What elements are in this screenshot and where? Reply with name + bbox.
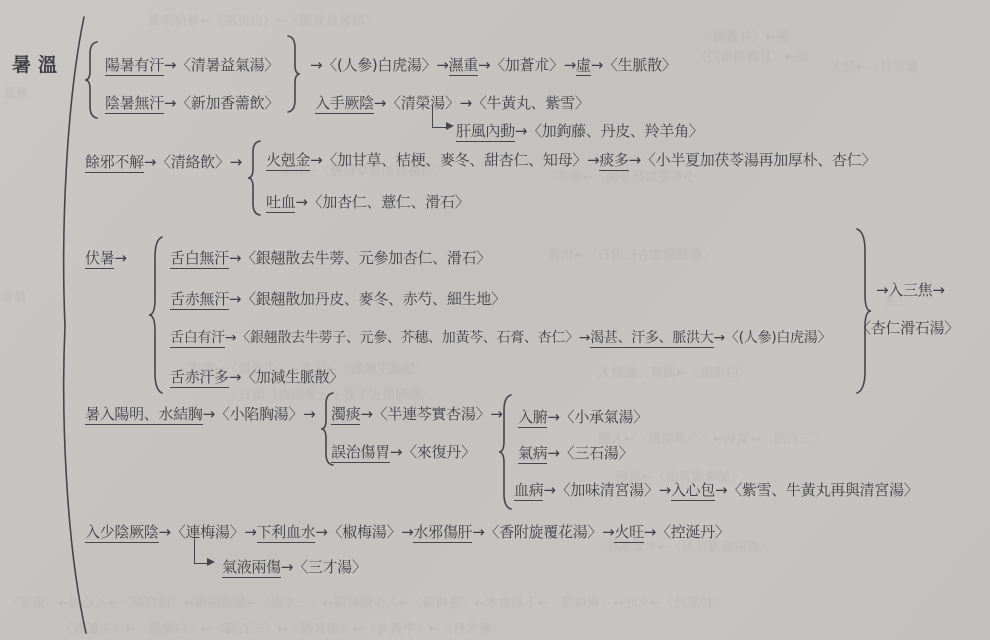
condition-term: 伏暑 bbox=[85, 249, 114, 269]
condition-term: 火旺 bbox=[614, 523, 643, 543]
condition-term: 入手厥陰 bbox=[315, 94, 374, 114]
summer-yangming-line: 暑入陽明、水結胸→〈小陷胸湯〉→ bbox=[85, 404, 315, 424]
root-node-label: 暑溫 bbox=[12, 50, 64, 77]
condition-term: 餘邪不解 bbox=[85, 153, 144, 173]
flow-text: →〈銀翹散去牛蒡、元參加杏仁、滑石〉 bbox=[229, 249, 491, 267]
bleedthrough-text: 濕→〈甘露湯〉 bbox=[700, 26, 789, 45]
tongue-white-no-sweat-line: 舌白無汗→〈銀翹散去牛蒡、元參加杏仁、滑石〉 bbox=[170, 248, 491, 268]
enter-sanjiao-line: →入三焦→ bbox=[876, 280, 945, 300]
flow-text: →〈小承氣湯〉 bbox=[547, 408, 647, 426]
bleedthrough-text: 〈銀翹散加杏仁滑石〉→伏暑 bbox=[548, 244, 715, 263]
condition-term: 誤治傷胃 bbox=[331, 443, 390, 463]
flow-text: →〈加減生脈散〉 bbox=[229, 368, 344, 386]
hand-jueyin-line: 入手厥陰→〈清榮湯〉→〈牛黃丸、紫雪〉 bbox=[315, 93, 589, 113]
bleedthrough-text: 暑溫 bbox=[4, 84, 28, 101]
flow-text: →〈控涎丹〉 bbox=[644, 523, 730, 541]
condition-term: 火剋金 bbox=[266, 151, 310, 171]
yin-summer-no-sweat-line: 陰暑無汗→〈新加香薷飲〉 bbox=[105, 93, 279, 113]
flow-text: 〈杏仁滑石湯〉 bbox=[856, 319, 959, 337]
baihu-decoction-line: →〈(人參)白虎湯〉→濕重→〈加蒼朮〉→虛→〈生脈散〉 bbox=[310, 55, 676, 75]
yang-summer-sweat-line: 陽暑有汗→〈清暑益氣湯〉 bbox=[105, 55, 279, 75]
flow-text: →〈清榮湯〉→〈牛黃丸、紫雪〉 bbox=[374, 94, 590, 112]
flow-text: →〈加鉤藤、丹皮、羚羊角〉 bbox=[515, 122, 704, 140]
condition-term: 濁痰 bbox=[331, 405, 360, 425]
flow-text: →〈清暑益氣湯〉 bbox=[164, 56, 279, 74]
condition-term: 痰多 bbox=[599, 151, 628, 171]
qi-fluid-injury-line: 氣液兩傷→〈三才湯〉 bbox=[222, 557, 367, 577]
mistreatment-stomach-line: 誤治傷胃→〈來復丹〉 bbox=[331, 442, 476, 462]
flow-text: →〈加杏仁、薏仁、滑石〉 bbox=[295, 193, 469, 211]
condition-term: 陰暑無汗 bbox=[105, 94, 164, 114]
condition-term: 入心包 bbox=[671, 481, 715, 501]
brace-fushu-close bbox=[853, 227, 873, 395]
condition-term: 虛 bbox=[576, 56, 591, 76]
tongue-red-no-sweat-line: 舌赤無汗→〈銀翹散加丹皮、麥冬、赤芍、細生地〉 bbox=[170, 289, 506, 309]
condition-term: 暑入陽明、水結胸 bbox=[85, 405, 203, 425]
flow-text: →〈三才湯〉 bbox=[281, 558, 367, 576]
condition-term: 血病 bbox=[514, 481, 543, 501]
residual-evil-line: 餘邪不解→〈清絡飲〉→ bbox=[85, 152, 242, 172]
diagram-canvas: 〈清暑益氣湯〉→〈白虎湯〉→暑傷津氣濕→〈甘露湯〉濕→〈甘露消毒丹〉〈紫雪丹〉→… bbox=[0, 0, 990, 640]
flow-text: →〈半連芩實杏湯〉→ bbox=[360, 405, 502, 423]
qi-disease-line: 氣病→〈三石湯〉 bbox=[518, 443, 633, 463]
flow-text: →〈(人參)白虎湯〉→ bbox=[310, 56, 449, 74]
flow-text: →〈香附旋覆花湯〉→ bbox=[472, 523, 614, 541]
condition-term: 濕重 bbox=[449, 56, 478, 76]
condition-term: 氣液兩傷 bbox=[222, 558, 281, 578]
condition-term: 入少陰厥陰 bbox=[85, 523, 159, 543]
tongue-white-with-sweat-line: 舌白有汗→〈銀翹散去牛蒡子、元參、芥穗、加黃芩、石膏、杏仁〉→渴甚、汗多、脈洪大… bbox=[170, 328, 831, 348]
condition-term: 肝風內動 bbox=[456, 122, 515, 142]
condition-term: 吐血 bbox=[266, 193, 295, 213]
flow-text: → bbox=[114, 249, 126, 267]
bleedthrough-text: 〈控涎丹〉→火旺→〈椒梅湯〉→下利血水→〈連梅湯〉→入少陰厥陰→〈三才湯〉→氣液… bbox=[6, 592, 726, 611]
tongue-red-much-sweat-line: 舌赤汗多→〈加減生脈散〉 bbox=[170, 367, 344, 387]
condition-term: 水邪傷肝 bbox=[413, 523, 472, 543]
flow-text: →〈加蒼朮〉→ bbox=[478, 56, 576, 74]
flow-text: →〈(人參)白虎湯〉 bbox=[714, 330, 832, 346]
brace-fushu-open bbox=[147, 235, 165, 395]
condition-term: 舌白有汗 bbox=[170, 330, 225, 348]
enter-fu-line: 入腑→〈小承氣湯〉 bbox=[518, 407, 648, 427]
flow-text: →〈三石湯〉 bbox=[547, 444, 633, 462]
flow-text: →入三焦→ bbox=[876, 281, 945, 299]
flow-text: →〈椒梅湯〉→ bbox=[315, 523, 413, 541]
condition-term: 舌赤汗多 bbox=[170, 368, 229, 388]
connector-liverwind-arrowhead-icon bbox=[446, 122, 454, 130]
condition-term: 渴甚、汗多、脈洪大 bbox=[590, 330, 713, 348]
xingren-huashi-tang-line: 〈杏仁滑石湯〉 bbox=[856, 318, 959, 338]
condition-term: 舌白無汗 bbox=[170, 249, 229, 269]
flow-text: →〈清絡飲〉→ bbox=[144, 153, 242, 171]
bleedthrough-text: 〈清暑益氣湯〉→〈白虎湯〉→暑傷津氣 bbox=[148, 10, 378, 29]
condition-term: 下利血水 bbox=[257, 523, 316, 543]
brace-qingluoyin-open bbox=[246, 139, 262, 217]
flow-text: →〈加甘草、桔梗、麥冬、甜杏仁、知母〉→ bbox=[310, 151, 599, 169]
flow-text: →〈小半夏加茯苓湯再加厚朴、杏仁〉 bbox=[629, 151, 876, 169]
brace-yangyin-open bbox=[83, 40, 99, 120]
liver-wind-line: 肝風內動→〈加鉤藤、丹皮、羚羊角〉 bbox=[456, 121, 703, 141]
flow-text: →〈紫雪、牛黃丸再與清宮湯〉 bbox=[715, 481, 918, 499]
flow-text: →〈銀翹散加丹皮、麥冬、赤芍、細生地〉 bbox=[229, 290, 506, 308]
connector-qiye-arrowhead-icon bbox=[207, 558, 215, 566]
flow-text: →〈連梅湯〉→ bbox=[159, 523, 257, 541]
condition-term: 氣病 bbox=[518, 444, 547, 464]
turbid-phlegm-line: 濁痰→〈半連芩實杏湯〉→ bbox=[331, 404, 503, 424]
flow-text: →〈生脈散〉 bbox=[591, 56, 677, 74]
hidden-summer-label: 伏暑→ bbox=[85, 248, 127, 268]
bleedthrough-text: 〈紫雪丹〉→〈牛黃丸〉→〈清宮湯〉→〈三石湯〉→〈白虎湯〉→〈生脈散〉 bbox=[60, 618, 504, 637]
shaoyin-jueyin-line: 入少陰厥陰→〈連梅湯〉→下利血水→〈椒梅湯〉→水邪傷肝→〈香附旋覆花湯〉→火旺→… bbox=[85, 522, 730, 542]
flow-text: →〈來復丹〉 bbox=[390, 443, 476, 461]
flow-text: →〈銀翹散去牛蒡子、元參、芥穗、加黃芩、石膏、杏仁〉→ bbox=[225, 330, 590, 346]
fire-attacks-metal-line: 火剋金→〈加甘草、桔梗、麥冬、甜杏仁、知母〉→痰多→〈小半夏加茯苓湯再加厚朴、杏… bbox=[266, 150, 876, 170]
flow-text: →〈新加香薷飲〉 bbox=[164, 94, 279, 112]
blood-disease-line: 血病→〈加味清宮湯〉→入心包→〈紫雪、牛黃丸再與清宮湯〉 bbox=[514, 480, 918, 500]
brace-yangyin-close bbox=[286, 34, 302, 114]
vomit-blood-line: 吐血→〈加杏仁、薏仁、滑石〉 bbox=[266, 192, 469, 212]
condition-term: 陽暑有汗 bbox=[105, 56, 164, 76]
bleedthrough-text: 〈白虎湯〉→渴甚、脈洪大 bbox=[598, 362, 752, 381]
bleedthrough-text: 〈紫雪丹〉→熱大 bbox=[830, 56, 932, 75]
condition-term: 入腑 bbox=[518, 408, 547, 428]
flow-text: →〈加味清宮湯〉→ bbox=[543, 481, 670, 499]
flow-text: →〈小陷胸湯〉→ bbox=[203, 405, 316, 423]
condition-term: 舌赤無汗 bbox=[170, 290, 229, 310]
bleedthrough-text: 濕→〈甘露消毒丹〉 bbox=[694, 46, 809, 65]
bleedthrough-text: 餘邪 bbox=[2, 288, 26, 305]
